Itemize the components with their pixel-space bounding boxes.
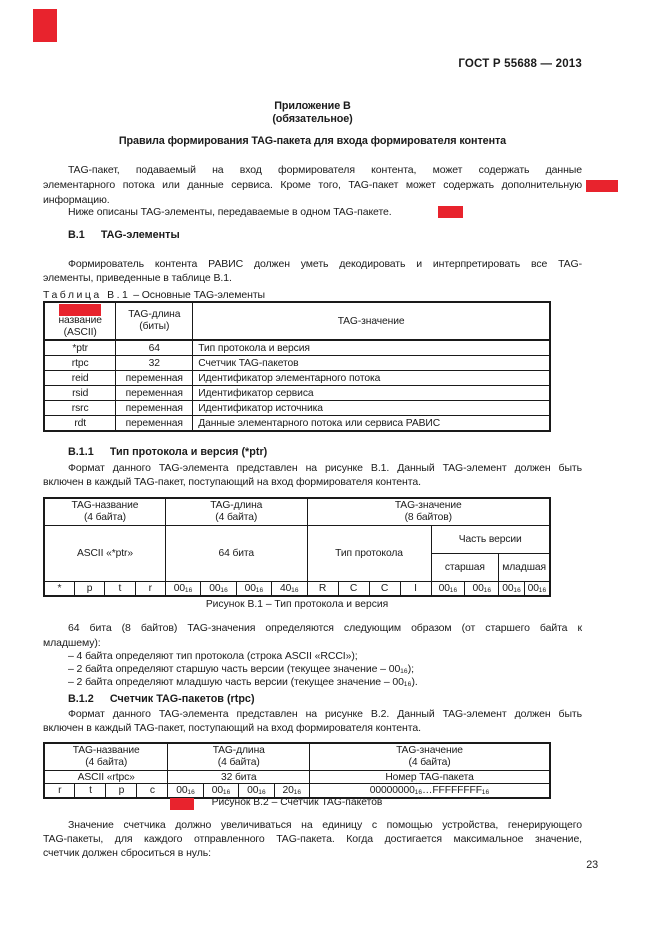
figure-b2-caption: Рисунок В.2 – Счетчик TAG-пакетов <box>43 797 551 808</box>
byte-cell: 40₁₆ <box>272 582 307 597</box>
cell-tag-length: переменная <box>116 371 193 386</box>
table-row: *ptr 64 Тип протокола и версия <box>44 340 550 356</box>
text-line: младшему): <box>43 636 582 651</box>
document-page: ГОСТ Р 55688 — 2013 Приложение В (обязат… <box>0 0 661 936</box>
text-line: TAG-пакеты, для каждого отправленного TA… <box>43 832 582 846</box>
page-number: 23 <box>43 859 598 871</box>
byte-cell: 00₁₆ <box>431 582 465 597</box>
cell-tag-length: 64 <box>116 340 193 356</box>
text-line: включен в каждый TAG-пакет, поступающий … <box>43 721 582 735</box>
byte-cell: R <box>307 582 338 597</box>
section-number: В.1.2 <box>68 693 94 705</box>
bits64-paragraph: 64 бита (8 байтов) TAG-значения определя… <box>43 621 582 651</box>
text-line: элементы, приведенные в таблице В.1. <box>43 271 582 285</box>
red-annotation-mark <box>438 206 463 218</box>
text-line: включен в каждый TAG-пакет, поступающий … <box>43 475 582 489</box>
cell-protocol-type: Тип протокола <box>307 526 431 582</box>
figure-header-row: TAG-название (4 байта) TAG-длина (4 байт… <box>44 743 550 771</box>
byte-cell: c <box>137 784 168 799</box>
section-number: В.1 <box>68 229 85 241</box>
text-line: – 2 байта определяют старшую часть верси… <box>43 663 582 676</box>
cell-tag-length: 32 <box>116 356 193 371</box>
fig-header-tag-value: TAG-значение (8 байтов) <box>307 498 550 526</box>
cell-tag-value: Идентификатор сервиса <box>193 386 550 401</box>
table-row: rsrc переменная Идентификатор источника <box>44 401 550 416</box>
section-heading-b12: В.1.2 Счетчик TAG-пакетов (rtpc) <box>43 693 607 705</box>
text-line: Формирователь контента РАВИС должен умет… <box>43 257 582 271</box>
cell-ascii-rtpc: ASCII «rtpc» <box>44 771 168 784</box>
red-annotation-mark <box>59 304 101 316</box>
cell-tag-value: Идентификатор элементарного потока <box>193 371 550 386</box>
byte-cell: t <box>105 582 135 597</box>
figure-b1-table: TAG-название (4 байта) TAG-длина (4 байт… <box>43 497 551 597</box>
text-line: TAG-пакет, подаваемый на вход формироват… <box>43 163 582 178</box>
table-b1-caption: Таблица В.1 – Основные TAG-элементы <box>43 289 582 301</box>
cell-tag-value: Данные элементарного потока или сервиса … <box>193 416 550 432</box>
cell-version-part: Часть версии <box>431 526 550 554</box>
byte-cell: r <box>135 582 165 597</box>
byte-cell: 20₁₆ <box>274 784 309 799</box>
cell-ascii-ptr: ASCII «*ptr» <box>44 526 165 582</box>
section-b1-paragraph: Формирователь контента РАВИС должен умет… <box>43 257 582 285</box>
byte-cell: 00₁₆ <box>239 784 274 799</box>
col-header-tag-length: TAG-длина (биты) <box>116 302 193 340</box>
figure-byte-row: r t p c 00₁₆ 00₁₆ 00₁₆ 20₁₆ 00000000₁₆…F… <box>44 784 550 799</box>
fig-header-tag-name: TAG-название (4 байта) <box>44 498 165 526</box>
cell-version-low: младшая <box>499 554 550 582</box>
text-line: 64 бита (8 байтов) TAG-значения определя… <box>43 621 582 636</box>
cell-tag-name: reid <box>44 371 116 386</box>
appendix-kind: (обязательное) <box>43 113 582 125</box>
byte-cell: C <box>369 582 400 597</box>
cell-packet-number: Номер TAG-пакета <box>310 771 550 784</box>
figure-header-row: TAG-название (4 байта) TAG-длина (4 байт… <box>44 498 550 526</box>
fig-header-tag-length: TAG-длина (4 байта) <box>168 743 310 771</box>
cell-tag-name: rdt <box>44 416 116 432</box>
bullet-list: – 4 байта определяют тип протокола (стро… <box>43 650 582 689</box>
figure-byte-row: * p t r 00₁₆ 00₁₆ 00₁₆ 40₁₆ R C C I 00₁₆… <box>44 582 550 597</box>
section-title: Счетчик TAG-пакетов (rtpc) <box>110 693 255 705</box>
section-number: В.1.1 <box>68 446 94 458</box>
cell-version-high: старшая <box>431 554 499 582</box>
cell-tag-value: Счетчик TAG-пакетов <box>193 356 550 371</box>
fig-header-tag-value: TAG-значение (4 байта) <box>310 743 550 771</box>
section-b12-paragraph: Формат данного TAG-элемента представлен … <box>43 707 582 735</box>
cell-64-bits: 64 бита <box>165 526 307 582</box>
text-line: Значение счетчика должно увеличиваться н… <box>43 818 582 832</box>
byte-cell: t <box>75 784 106 799</box>
text-line: – 2 байта определяют младшую часть верси… <box>43 676 582 689</box>
appendix-label: Приложение В <box>43 100 582 112</box>
table-caption-label: Таблица В.1 <box>43 289 130 301</box>
byte-cell: 00₁₆ <box>201 582 236 597</box>
cell-tag-value: Идентификатор источника <box>193 401 550 416</box>
byte-cell: 00₁₆ <box>236 582 271 597</box>
text-line: Формат данного TAG-элемента представлен … <box>43 461 582 475</box>
red-annotation-mark <box>33 9 57 42</box>
cell-tag-length: переменная <box>116 401 193 416</box>
cell-tag-length: переменная <box>116 416 193 432</box>
table-row: rdt переменная Данные элементарного пото… <box>44 416 550 432</box>
figure-b1-caption: Рисунок В.1 – Тип протокола и версия <box>43 599 551 610</box>
text-line: элементарного потока или данные сервиса.… <box>43 178 582 193</box>
byte-cell: I <box>400 582 431 597</box>
col-header-tag-value: TAG-значение <box>193 302 550 340</box>
cell-tag-name: rsrc <box>44 401 116 416</box>
text-line: – 4 байта определяют тип протокола (стро… <box>43 650 582 663</box>
cell-tag-length: переменная <box>116 386 193 401</box>
byte-cell: p <box>74 582 104 597</box>
table-b1: TAG- название (ASCII) TAG-длина (биты) T… <box>43 301 551 432</box>
cell-32-bits: 32 бита <box>168 771 310 784</box>
cell-tag-value: Тип протокола и версия <box>193 340 550 356</box>
red-annotation-mark <box>170 798 194 810</box>
cell-tag-name: rtpc <box>44 356 116 371</box>
appendix-title: Правила формирования TAG-пакета для вход… <box>43 135 582 147</box>
byte-cell: 00₁₆ <box>165 582 200 597</box>
byte-cell: * <box>44 582 74 597</box>
table-b1-container: TAG- название (ASCII) TAG-длина (биты) T… <box>43 301 582 432</box>
table-header-row: TAG- название (ASCII) TAG-длина (биты) T… <box>44 302 550 340</box>
table-row: rtpc 32 Счетчик TAG-пакетов <box>44 356 550 371</box>
text-line: Формат данного TAG-элемента представлен … <box>43 707 582 721</box>
section-title: Тип протокола и версия (*ptr) <box>110 446 267 458</box>
table-caption-text: – Основные TAG-элементы <box>133 289 265 301</box>
byte-cell: 00₁₆ <box>524 582 550 597</box>
red-annotation-mark <box>586 180 618 192</box>
byte-range-cell: 00000000₁₆…FFFFFFFF₁₆ <box>310 784 550 799</box>
byte-cell: 00₁₆ <box>168 784 203 799</box>
figure-b2-table: TAG-название (4 байта) TAG-длина (4 байт… <box>43 742 551 799</box>
cell-tag-name: rsid <box>44 386 116 401</box>
figure-row: ASCII «*ptr» 64 бита Тип протокола Часть… <box>44 526 550 554</box>
cell-tag-name: *ptr <box>44 340 116 356</box>
figure-b2-container: TAG-название (4 байта) TAG-длина (4 байт… <box>43 742 582 799</box>
section-heading-b1: В.1 TAG-элементы <box>43 229 607 241</box>
intro-paragraph-2: Ниже описаны TAG-элементы, передаваемые … <box>43 206 607 218</box>
byte-cell: 00₁₆ <box>203 784 238 799</box>
intro-paragraph: TAG-пакет, подаваемый на вход формироват… <box>43 163 582 208</box>
fig-header-tag-length: TAG-длина (4 байта) <box>165 498 307 526</box>
section-title: TAG-элементы <box>101 229 180 241</box>
byte-cell: r <box>44 784 75 799</box>
byte-cell: 00₁₆ <box>499 582 525 597</box>
closing-paragraph: Значение счетчика должно увеличиваться н… <box>43 818 582 860</box>
section-heading-b11: В.1.1 Тип протокола и версия (*ptr) <box>43 446 607 458</box>
fig-header-tag-name: TAG-название (4 байта) <box>44 743 168 771</box>
text-line: счетчик должен сброситься в нуль: <box>43 846 582 860</box>
section-b11-paragraph: Формат данного TAG-элемента представлен … <box>43 461 582 489</box>
byte-cell: C <box>338 582 369 597</box>
figure-row: ASCII «rtpc» 32 бита Номер TAG-пакета <box>44 771 550 784</box>
table-row: rsid переменная Идентификатор сервиса <box>44 386 550 401</box>
standard-number-header: ГОСТ Р 55688 — 2013 <box>43 58 582 70</box>
figure-b1-container: TAG-название (4 байта) TAG-длина (4 байт… <box>43 497 582 597</box>
table-row: reid переменная Идентификатор элементарн… <box>44 371 550 386</box>
byte-cell: 00₁₆ <box>465 582 499 597</box>
byte-cell: p <box>106 784 137 799</box>
